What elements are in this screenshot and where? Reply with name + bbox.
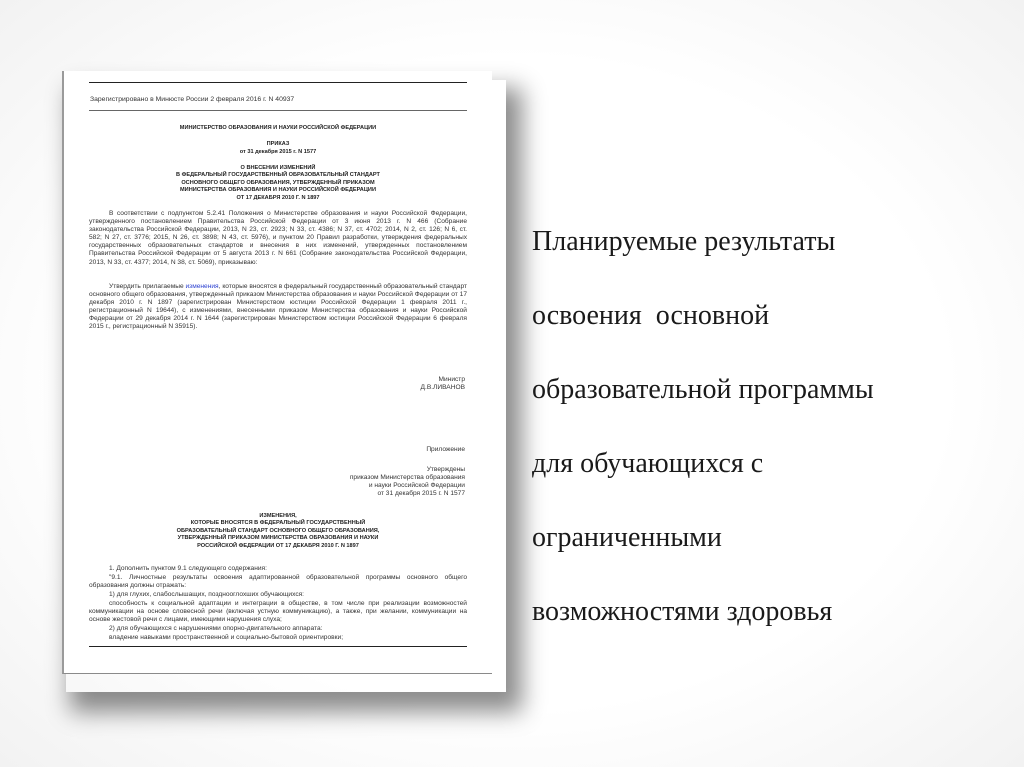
changes-link[interactable]: изменения xyxy=(186,283,219,290)
slide: Зарегистрировано в Минюсте России 2 февр… xyxy=(0,0,1024,767)
subitem-2: 2) для обучающихся с нарушениями опорно-… xyxy=(89,625,467,633)
order-subject: О ВНЕСЕНИИ ИЗМЕНЕНИЙ В ФЕДЕРАЛЬНЫЙ ГОСУД… xyxy=(89,165,467,202)
top-rule xyxy=(89,82,467,83)
signature: Министр Д.В.ЛИВАНОВ xyxy=(421,376,465,392)
changes-heading: ИЗМЕНЕНИЯ, КОТОРЫЕ ВНОСЯТСЯ В ФЕДЕРАЛЬНЫ… xyxy=(89,513,467,550)
bottom-rule xyxy=(89,646,467,647)
paragraph-preamble: В соответствии с подпунктом 5.2.41 Полож… xyxy=(89,210,467,267)
paragraph-approve: Утвердить прилагаемые изменения, которые… xyxy=(89,283,467,332)
item-1: 1. Дополнить пунктом 9.1 следующего соде… xyxy=(89,565,467,573)
appendix-label: Приложение xyxy=(426,446,465,454)
document-image: Зарегистрировано в Минюсте России 2 февр… xyxy=(62,71,492,674)
subitem-1-text: способность к социальной адаптации и инт… xyxy=(89,600,467,624)
order-title: ПРИКАЗ xyxy=(89,141,467,148)
subitem-1: 1) для глухих, слабослышащих, поздноогло… xyxy=(89,591,467,599)
item-9-1: "9.1. Личностные результаты освоения ада… xyxy=(89,574,467,590)
ministry-heading: МИНИСТЕРСТВО ОБРАЗОВАНИЯ И НАУКИ РОССИЙС… xyxy=(89,125,467,132)
approved-block: Утверждены приказом Министерства образов… xyxy=(350,466,465,498)
subitem-2-text: владение навыками пространственной и соц… xyxy=(89,634,467,642)
order-date: от 31 декабря 2015 г. N 1577 xyxy=(89,149,467,156)
registration-line: Зарегистрировано в Минюсте России 2 февр… xyxy=(90,96,294,104)
slide-title: Планируемые результаты освоения основной… xyxy=(532,186,1002,667)
registration-rule xyxy=(89,110,467,111)
